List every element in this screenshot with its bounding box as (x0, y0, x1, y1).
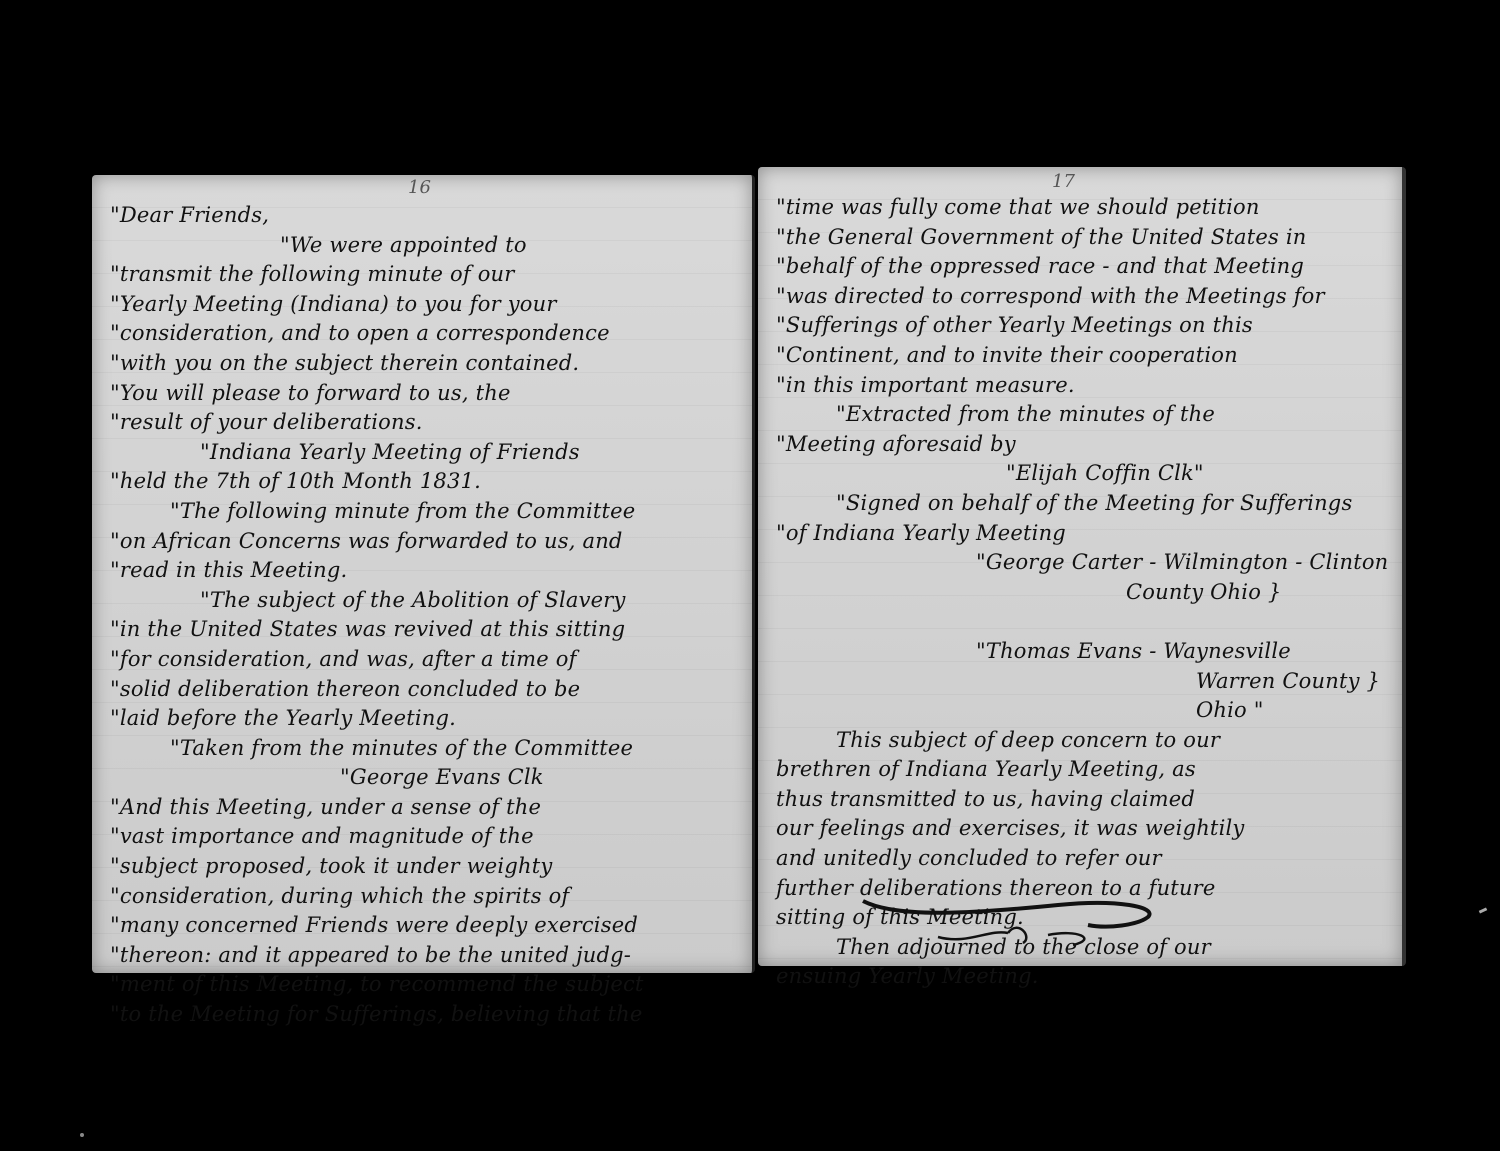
text-line: thus transmitted to us, having claimed (776, 785, 1384, 815)
page-number: 16 (408, 177, 431, 198)
text-line: "to the Meeting for Sufferings, believin… (110, 1000, 734, 1030)
text-line: "on African Concerns was forwarded to us… (110, 527, 734, 557)
left-page: 16 "Dear Friends, "We were appointed to … (92, 175, 755, 973)
text-line: "transmit the following minute of our (110, 260, 734, 290)
address-line: County Ohio } (776, 578, 1384, 608)
text-line: "in the United States was revived at thi… (110, 615, 734, 645)
blank-line (776, 607, 1384, 637)
text-line: "solid deliberation thereon concluded to… (110, 675, 734, 705)
text-line: "vast importance and magnitude of the (110, 822, 734, 852)
text-line: "The subject of the Abolition of Slavery (110, 586, 734, 616)
text-line: "subject proposed, took it under weighty (110, 852, 734, 882)
text-line: "Indiana Yearly Meeting of Friends (110, 438, 734, 468)
signature-line: "George Carter - Wilmington - Clinton (776, 548, 1384, 578)
address-line: Ohio " (776, 696, 1384, 726)
text-line: "Taken from the minutes of the Committee (110, 734, 734, 764)
text-line: "Sufferings of other Yearly Meetings on … (776, 311, 1384, 341)
right-page: 17 "time was fully come that we should p… (758, 167, 1406, 966)
text-line: "Signed on behalf of the Meeting for Suf… (776, 489, 1384, 519)
text-line: "time was fully come that we should peti… (776, 193, 1384, 223)
text-line: and unitedly concluded to refer our (776, 844, 1384, 874)
text-line: "result of your deliberations. (110, 408, 734, 438)
text-line: "ment of this Meeting, to recommend the … (110, 970, 734, 1000)
text-line: "Extracted from the minutes of the (776, 400, 1384, 430)
text-line: "You will please to forward to us, the (110, 379, 734, 409)
text-line: "thereon: and it appeared to be the unit… (110, 941, 734, 971)
text-line: "Yearly Meeting (Indiana) to you for you… (110, 290, 734, 320)
text-line: brethren of Indiana Yearly Meeting, as (776, 755, 1384, 785)
text-line: "behalf of the oppressed race - and that… (776, 252, 1384, 282)
scan-artifact (80, 1133, 84, 1137)
text-line: "many concerned Friends were deeply exer… (110, 911, 734, 941)
signature-line: "Thomas Evans - Waynesville (776, 637, 1384, 667)
text-line: "of Indiana Yearly Meeting (776, 519, 1384, 549)
text-line: "laid before the Yearly Meeting. (110, 704, 734, 734)
text-line: "And this Meeting, under a sense of the (110, 793, 734, 823)
text-line: our feelings and exercises, it was weigh… (776, 814, 1384, 844)
text-line: "with you on the subject therein contain… (110, 349, 734, 379)
closing-flourish-icon (858, 889, 1188, 949)
text-line: "was directed to correspond with the Mee… (776, 282, 1384, 312)
text-line: "We were appointed to (110, 231, 734, 261)
left-page-text: "Dear Friends, "We were appointed to "tr… (110, 201, 734, 1030)
text-line: This subject of deep concern to our (776, 726, 1384, 756)
right-page-text: "time was fully come that we should peti… (776, 193, 1384, 992)
text-line: "Dear Friends, (110, 201, 734, 231)
text-line: "for consideration, and was, after a tim… (110, 645, 734, 675)
text-line: "read in this Meeting. (110, 556, 734, 586)
scan-artifact (1479, 907, 1488, 913)
text-line: "in this important measure. (776, 371, 1384, 401)
signature-line: "George Evans Clk (110, 763, 734, 793)
text-line: "the General Government of the United St… (776, 223, 1384, 253)
text-line: "Meeting aforesaid by (776, 430, 1384, 460)
text-line: "held the 7th of 10th Month 1831. (110, 467, 734, 497)
text-line: "Continent, and to invite their cooperat… (776, 341, 1384, 371)
text-line: ensuing Yearly Meeting. (776, 962, 1384, 992)
text-line: "consideration, and to open a correspond… (110, 319, 734, 349)
text-line: "The following minute from the Committee (110, 497, 734, 527)
manuscript-spread: 16 "Dear Friends, "We were appointed to … (0, 0, 1500, 1151)
signature-line: "Elijah Coffin Clk" (776, 459, 1384, 489)
text-line: "consideration, during which the spirits… (110, 882, 734, 912)
page-number: 17 (1052, 171, 1075, 192)
address-line: Warren County } (776, 667, 1384, 697)
